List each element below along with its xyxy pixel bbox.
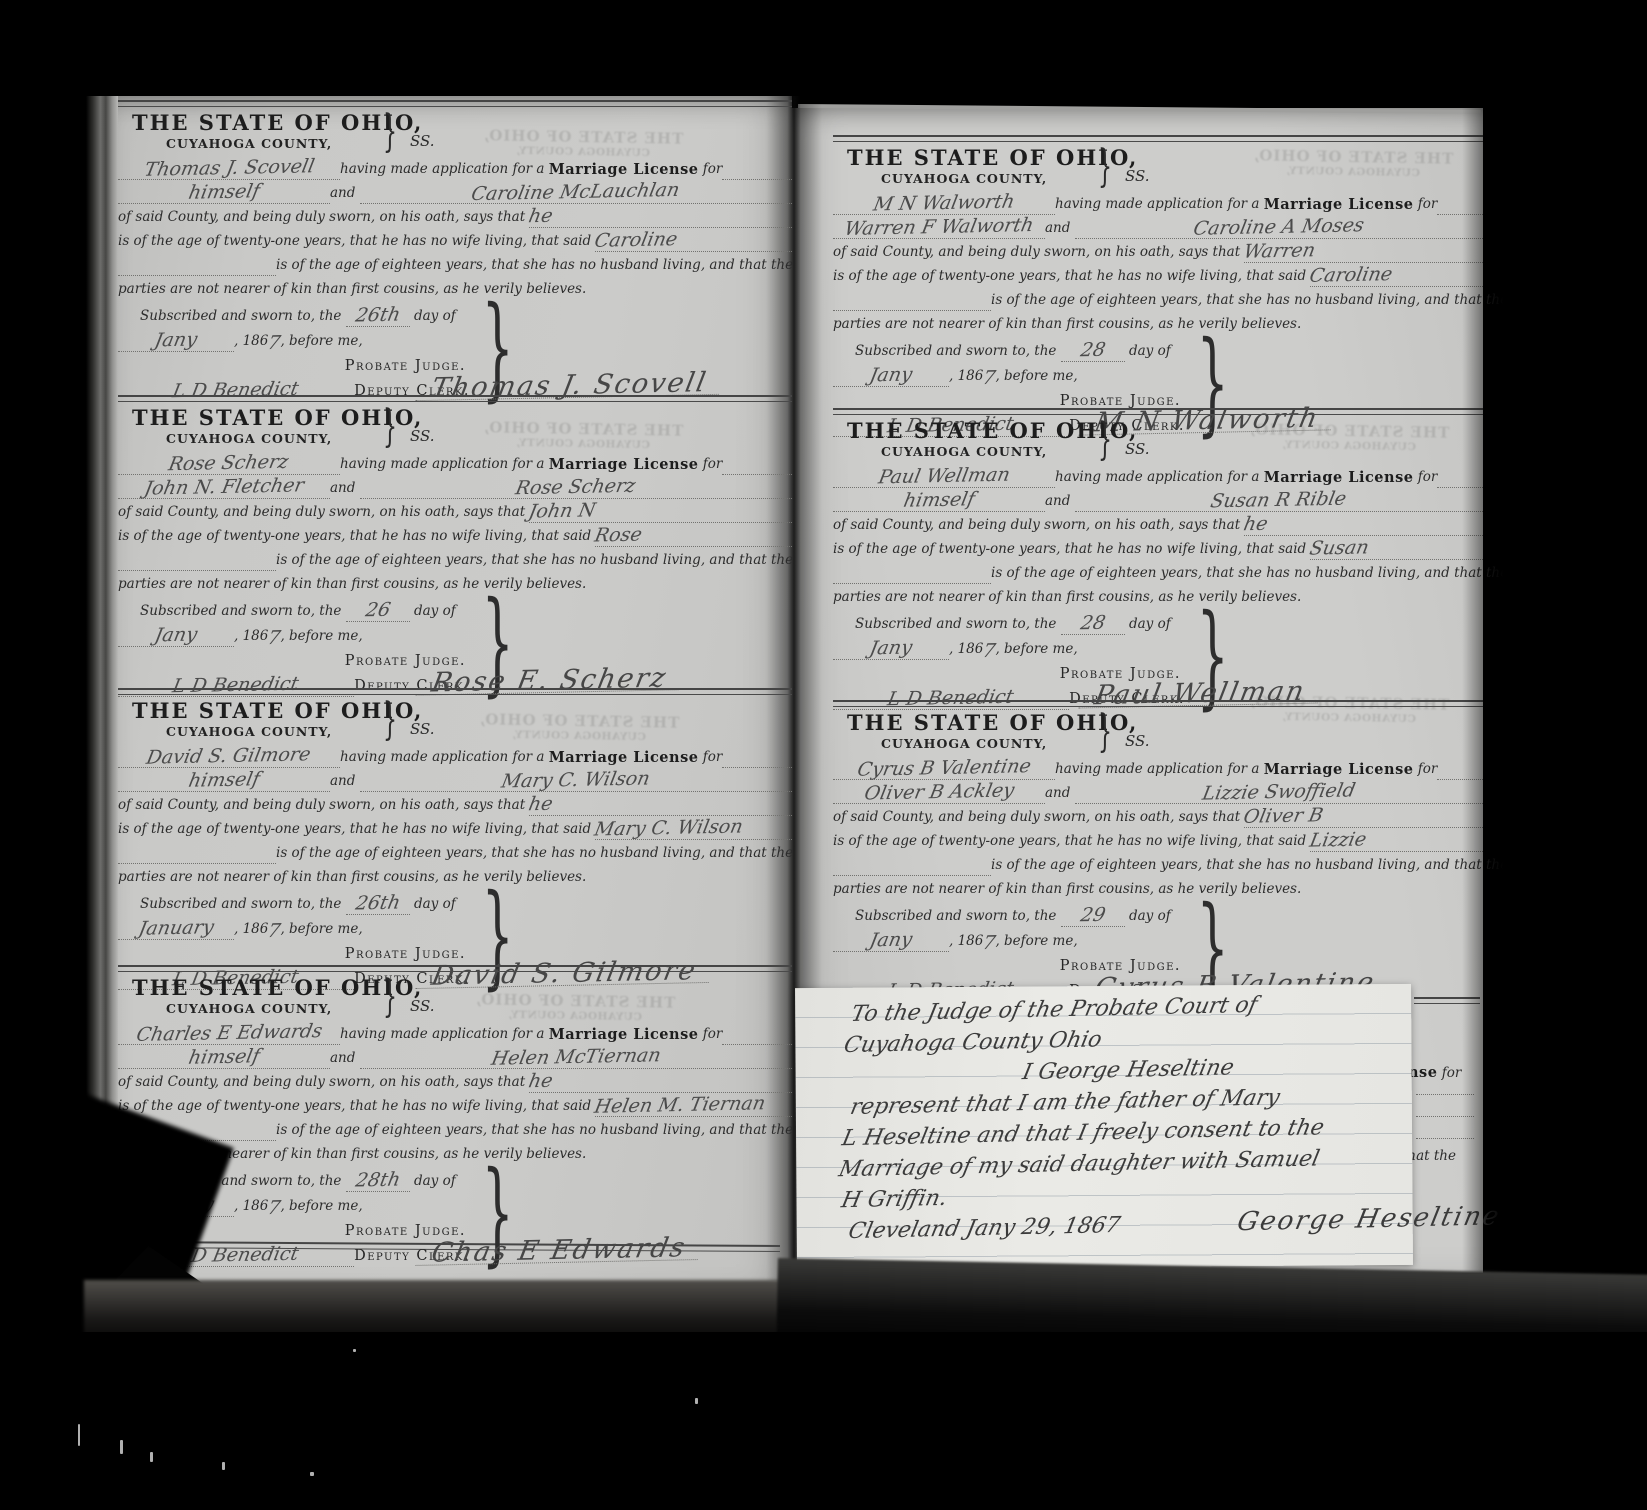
groom-line: himself	[118, 1047, 330, 1069]
applicant-name: Paul Wellman	[877, 466, 1012, 487]
day-line: 26th	[346, 893, 410, 915]
applicant-line: Rose Scherz	[118, 453, 340, 475]
form-text: day of	[1125, 341, 1171, 362]
bride-line: Helen McTiernan	[360, 1047, 792, 1069]
month-line: Jany	[833, 365, 949, 387]
form-text: having made application for a	[340, 747, 549, 768]
oath-row: of said County, and being duly sworn, on…	[118, 1069, 792, 1093]
month-value: Jany	[153, 626, 199, 645]
day-line: 28	[1061, 613, 1125, 635]
day-line: 29	[1061, 905, 1125, 927]
that-said-line: Mary C. Wilson	[595, 818, 792, 840]
oath-row: of said County, and being duly sworn, on…	[118, 792, 792, 816]
form-text: is of the age of eighteen years, that sh…	[276, 843, 793, 864]
form-text: is of the age of twenty-one years, that …	[118, 819, 595, 840]
that-said-line: Rose	[595, 525, 792, 547]
kin-row: parties are not nearer of kin than first…	[833, 876, 1483, 900]
letter-line-text: I George Heseltine	[1020, 1053, 1237, 1087]
that-said-name: Lizzie	[1309, 830, 1369, 849]
oath-row: of said County, and being duly sworn, on…	[118, 204, 792, 228]
that-said-line: Susan	[1310, 538, 1483, 560]
that-said-name: Rose	[594, 526, 644, 545]
affidavit-block: THE STATE OF OHIO, CUYAHOGA COUNTY, } SS…	[118, 688, 792, 990]
applicant-name: Charles E Edwards	[134, 1022, 323, 1044]
blank-line	[118, 863, 276, 864]
month-value: Jany	[868, 931, 914, 950]
form-text: , 186	[234, 626, 268, 647]
bride-line: Lizzie Swoffield	[1075, 782, 1483, 804]
form-text: day of	[1125, 614, 1171, 635]
county-heading: CUYAHOGA COUNTY,	[166, 431, 332, 446]
form-text: , before me,	[280, 331, 362, 352]
form-text: parties are not nearer of kin than first…	[833, 314, 1301, 335]
form-text: , 186	[949, 931, 983, 952]
form-text: parties are not nearer of kin than first…	[118, 279, 586, 300]
header-brace: }	[1098, 706, 1112, 757]
month-line: January	[118, 918, 234, 940]
state-heading: THE STATE OF OHIO,	[132, 405, 423, 430]
that-said-line: Caroline	[1310, 265, 1483, 287]
affidavit-block: THE STATE OF OHIO, CUYAHOGA COUNTY, } SS…	[833, 700, 1483, 1002]
bride-line: Caroline McLauchlan	[360, 182, 792, 204]
groom-line: John N. Fletcher	[118, 477, 330, 499]
ss-label: SS.	[1125, 440, 1150, 458]
says-that-line: Warren	[1244, 241, 1483, 263]
form-text: having made application for a	[340, 159, 549, 180]
ss-label: SS.	[410, 132, 435, 150]
blank-line	[833, 875, 991, 876]
form-text: of said County, and being duly sworn, on…	[833, 515, 1244, 536]
form-text: for	[1413, 759, 1437, 780]
applicant-line: Charles E Edwards	[118, 1023, 340, 1045]
form-text: and	[330, 478, 360, 499]
county-heading: CUYAHOGA COUNTY,	[881, 736, 1047, 751]
form-text: is of the age of eighteen years, that sh…	[991, 563, 1508, 584]
date-row: Jany , 186 7 , before me,	[833, 927, 1185, 952]
subscribed-row: Subscribed and sworn to, the 28 day of	[833, 610, 1185, 635]
county-heading: CUYAHOGA COUNTY,	[166, 136, 332, 151]
bride-name: Rose Scherz	[514, 477, 637, 497]
consent-letter-paper: To the Judge of the Probate Court of Cuy…	[795, 984, 1413, 1269]
applicant-signature: Chas E Edwards	[415, 1239, 701, 1266]
subscribed-row: Subscribed and sworn to, the 28 day of	[833, 337, 1185, 362]
says-that-name: Warren	[1243, 241, 1318, 260]
hidden-block-license-fragment: nse for	[1408, 1062, 1461, 1081]
state-heading: THE STATE OF OHIO,	[847, 418, 1138, 443]
bride-line: Susan R Rible	[1075, 490, 1483, 512]
form-text: for	[698, 1024, 722, 1045]
age18-row: is of the age of eighteen years, that sh…	[833, 560, 1483, 584]
blank-line	[722, 474, 792, 475]
form-text: Subscribed and sworn to, the	[855, 341, 1061, 362]
ss-label: SS.	[410, 427, 435, 445]
top-shadow	[0, 0, 1647, 96]
form-text: , 186	[949, 639, 983, 660]
probate-judge-row: Probate Judge.	[118, 352, 470, 377]
subscribed-row: Subscribed and sworn to, the 29 day of	[833, 902, 1185, 927]
that-said-line: Lizzie	[1310, 830, 1483, 852]
ss-label: SS.	[1125, 732, 1150, 750]
month-line: Jany	[118, 330, 234, 352]
dust-speck	[695, 1398, 698, 1404]
groom-line: Oliver B Ackley	[833, 782, 1045, 804]
bride-name: Mary C. Wilson	[500, 769, 651, 790]
date-row: Jany , 186 7 , before me,	[118, 622, 470, 647]
day-line: 28th	[346, 1170, 410, 1192]
applicant-row: Cyrus B Valentine having made applicatio…	[833, 756, 1483, 780]
form-text: is of the age of twenty-one years, that …	[118, 231, 595, 252]
probate-judge-row: Probate Judge.	[118, 647, 470, 672]
form-text: is of the age of twenty-one years, that …	[833, 266, 1310, 287]
bride-line: Rose Scherz	[360, 477, 792, 499]
applicant-row: M N Walworth having made application for…	[833, 191, 1483, 215]
month-line: Jany	[833, 930, 949, 952]
bride-name: Caroline A Moses	[1192, 216, 1366, 238]
form-text: for	[698, 747, 722, 768]
parties-row: himself and Susan R Rible	[833, 488, 1483, 512]
applicant-row: Rose Scherz having made application for …	[118, 451, 792, 475]
form-text: parties are not nearer of kin than first…	[833, 587, 1301, 608]
groom-name: himself	[187, 770, 261, 789]
groom-line: himself	[118, 770, 330, 792]
ss-label: SS.	[410, 720, 435, 738]
form-text: , 186	[234, 1196, 268, 1217]
form-text: for	[698, 454, 722, 475]
groom-name: himself	[902, 490, 976, 509]
applicant-line: David S. Gilmore	[118, 746, 340, 768]
form-text: is of the age of twenty-one years, that …	[118, 526, 595, 547]
month-line: Jany	[118, 625, 234, 647]
groom-name: himself	[187, 1047, 261, 1066]
consent-letter: To the Judge of the Probate Court of Cuy…	[835, 988, 1404, 1249]
kin-row: parties are not nearer of kin than first…	[118, 571, 792, 595]
divider-rule	[833, 135, 1483, 142]
age18-row: is of the age of eighteen years, that sh…	[833, 852, 1483, 876]
page-edge-stack	[86, 96, 118, 1151]
state-heading: THE STATE OF OHIO,	[847, 710, 1138, 735]
page-edge-shadow	[1462, 108, 1514, 1273]
form-text: and	[1045, 783, 1075, 804]
dust-speck	[78, 1424, 80, 1446]
attestation-area: Subscribed and sworn to, the 26th day of…	[118, 302, 792, 402]
form-text-license: Marriage License	[549, 159, 699, 180]
form-text: of said County, and being duly sworn, on…	[118, 1072, 529, 1093]
header-brace: }	[383, 694, 397, 745]
month-value: Jany	[153, 331, 199, 350]
day-value: 26	[364, 601, 392, 620]
form-text: is of the age of twenty-one years, that …	[833, 831, 1310, 852]
says-that-name: Oliver B	[1243, 806, 1326, 826]
form-text: , before me,	[995, 639, 1077, 660]
form-text: Subscribed and sworn to, the	[140, 306, 346, 327]
probate-judge-row: Probate Judge.	[118, 940, 470, 965]
applicant-name: Rose Scherz	[168, 453, 291, 473]
form-text: day of	[410, 601, 456, 622]
kin-row: parties are not nearer of kin than first…	[118, 864, 792, 888]
block-header: THE STATE OF OHIO, CUYAHOGA COUNTY, } SS…	[118, 975, 792, 1021]
affidavit-block: THE STATE OF OHIO, CUYAHOGA COUNTY, } SS…	[118, 965, 792, 1267]
state-heading: THE STATE OF OHIO,	[132, 698, 423, 723]
parties-row: John N. Fletcher and Rose Scherz	[118, 475, 792, 499]
applicant-line: Paul Wellman	[833, 466, 1055, 488]
header-brace: }	[1098, 141, 1112, 192]
dust-speck	[353, 1349, 356, 1352]
attestation-area: Subscribed and sworn to, the 28 day of J…	[833, 610, 1483, 710]
state-heading: THE STATE OF OHIO,	[132, 110, 423, 135]
that-said-name: Caroline	[1309, 265, 1395, 285]
form-text: of said County, and being duly sworn, on…	[118, 795, 529, 816]
affidavit-block: THE STATE OF OHIO, CUYAHOGA COUNTY, } SS…	[118, 100, 792, 402]
blank-line	[722, 767, 792, 768]
dust-speck	[310, 1472, 314, 1476]
form-text: having made application for a	[1055, 467, 1264, 488]
block-header: THE STATE OF OHIO, CUYAHOGA COUNTY, } SS…	[118, 110, 792, 156]
form-text: for	[1413, 194, 1437, 215]
blank-line	[118, 275, 276, 276]
says-that-line: he	[529, 794, 792, 816]
that-said-name: Mary C. Wilson	[593, 817, 744, 838]
groom-name: himself	[187, 182, 261, 201]
oath-row: of said County, and being duly sworn, on…	[833, 239, 1483, 263]
that-said-line: Helen M. Tiernan	[595, 1095, 792, 1117]
applicant-name: Thomas J. Scovell	[142, 157, 315, 179]
date-row: Jany , 186 7 , before me,	[118, 327, 470, 352]
header-brace: }	[1098, 414, 1112, 465]
ss-label: SS.	[410, 997, 435, 1015]
form-text: , before me,	[280, 626, 362, 647]
oath-row: of said County, and being duly sworn, on…	[833, 804, 1483, 828]
blank-line	[722, 1044, 792, 1045]
fragment-text: nse	[1408, 1064, 1437, 1081]
day-value: 28th	[354, 1171, 402, 1190]
form-text-license: Marriage License	[549, 1024, 699, 1045]
form-text: day of	[410, 894, 456, 915]
form-text: Subscribed and sworn to, the	[140, 601, 346, 622]
form-text: for	[698, 159, 722, 180]
groom-name: John N. Fletcher	[143, 476, 306, 497]
form-text: of said County, and being duly sworn, on…	[118, 502, 529, 523]
subscribed-row: Subscribed and sworn to, the 26 day of	[118, 597, 470, 622]
block-header: THE STATE OF OHIO, CUYAHOGA COUNTY, } SS…	[118, 405, 792, 451]
form-text: parties are not nearer of kin than first…	[833, 879, 1301, 900]
form-text-license: Marriage License	[1264, 194, 1414, 215]
says-that-name: he	[1243, 515, 1270, 533]
applicant-row: Paul Wellman having made application for…	[833, 464, 1483, 488]
age21-row: is of the age of twenty-one years, that …	[833, 263, 1483, 287]
divider-rule	[118, 688, 792, 695]
applicant-line: Cyrus B Valentine	[833, 758, 1055, 780]
letter-dateline: Cleveland Jany 29, 1867	[845, 1211, 1123, 1248]
form-text: of said County, and being duly sworn, on…	[118, 207, 529, 228]
age21-row: is of the age of twenty-one years, that …	[118, 523, 792, 547]
affidavit-block: THE STATE OF OHIO, CUYAHOGA COUNTY, } SS…	[833, 135, 1483, 437]
that-said-name: Susan	[1309, 538, 1371, 557]
affidavit-block: THE STATE OF OHIO, CUYAHOGA COUNTY, } SS…	[833, 408, 1483, 710]
blank-line	[833, 583, 991, 584]
blank-line	[833, 310, 991, 311]
fragment-text: for	[1437, 1065, 1461, 1081]
form-text: , 186	[234, 919, 268, 940]
groom-line: Warren F Walworth	[833, 217, 1045, 239]
form-text: Subscribed and sworn to, the	[855, 906, 1061, 927]
county-heading: CUYAHOGA COUNTY,	[881, 444, 1047, 459]
county-heading: CUYAHOGA COUNTY,	[881, 171, 1047, 186]
header-brace: }	[383, 401, 397, 452]
day-line: 28	[1061, 340, 1125, 362]
form-text: day of	[1125, 906, 1171, 927]
form-text: having made application for a	[340, 454, 549, 475]
form-text: , 186	[234, 331, 268, 352]
day-value: 26th	[354, 306, 402, 325]
groom-name: Oliver B Ackley	[863, 781, 1016, 802]
says-that-line: he	[529, 1071, 792, 1093]
parties-row: himself and Caroline McLauchlan	[118, 180, 792, 204]
kin-row: parties are not nearer of kin than first…	[833, 311, 1483, 335]
applicant-name: M N Walworth	[872, 193, 1016, 214]
form-text: for	[1413, 467, 1437, 488]
dust-speck	[150, 1452, 153, 1462]
form-text: , before me,	[280, 919, 362, 940]
applicant-row: Thomas J. Scovell having made applicatio…	[118, 156, 792, 180]
age21-row: is of the age of twenty-one years, that …	[118, 228, 792, 252]
oath-row: of said County, and being duly sworn, on…	[833, 512, 1483, 536]
header-brace: }	[383, 106, 397, 157]
form-text: day of	[410, 1171, 456, 1192]
divider-rule	[118, 100, 792, 107]
says-that-line: he	[1244, 514, 1483, 536]
age21-row: is of the age of twenty-one years, that …	[118, 816, 792, 840]
block-header: THE STATE OF OHIO, CUYAHOGA COUNTY, } SS…	[833, 710, 1483, 756]
day-value: 29	[1079, 906, 1107, 925]
form-text: having made application for a	[1055, 194, 1264, 215]
form-text: and	[1045, 218, 1075, 239]
letter-line-text: H Griffin.	[839, 1184, 950, 1216]
groom-line: himself	[833, 490, 1045, 512]
affidavit-block: THE STATE OF OHIO, CUYAHOGA COUNTY, } SS…	[118, 395, 792, 697]
month-value: Jany	[868, 639, 914, 658]
age18-row: is of the age of eighteen years, that sh…	[118, 1117, 792, 1141]
applicant-row: David S. Gilmore having made application…	[118, 744, 792, 768]
form-text: is of the age of twenty-one years, that …	[833, 539, 1310, 560]
form-text: is of the age of eighteen years, that sh…	[991, 290, 1508, 311]
form-text: is of the age of eighteen years, that sh…	[991, 855, 1508, 876]
month-value: January	[137, 918, 215, 938]
age18-row: is of the age of eighteen years, that sh…	[833, 287, 1483, 311]
county-heading: CUYAHOGA COUNTY,	[166, 724, 332, 739]
divider-rule	[833, 408, 1483, 415]
date-row: Jany , 186 7 , before me,	[833, 362, 1185, 387]
blank-line	[722, 179, 792, 180]
divider-rule	[833, 700, 1483, 707]
bottom-shadow	[0, 1332, 1647, 1510]
state-heading: THE STATE OF OHIO,	[847, 145, 1138, 170]
header-brace: }	[383, 971, 397, 1022]
age18-row: is of the age of eighteen years, that sh…	[118, 840, 792, 864]
day-value: 26th	[354, 894, 402, 913]
bride-name: Lizzie Swoffield	[1201, 781, 1357, 802]
parties-row: Warren F Walworth and Caroline A Moses	[833, 215, 1483, 239]
day-line: 26th	[346, 305, 410, 327]
bride-line: Caroline A Moses	[1075, 217, 1483, 239]
that-said-name: Caroline	[594, 230, 680, 250]
form-text: , before me,	[995, 366, 1077, 387]
says-that-name: John N	[528, 501, 598, 520]
letter-line-text: Cuyahoga County Ohio	[841, 1025, 1104, 1060]
kin-row: parties are not nearer of kin than first…	[118, 276, 792, 300]
subscribed-row: Subscribed and sworn to, the 26th day of	[118, 302, 470, 327]
form-text: , 186	[949, 366, 983, 387]
month-line: Jany	[833, 638, 949, 660]
applicant-line: M N Walworth	[833, 193, 1055, 215]
says-that-line: he	[529, 206, 792, 228]
form-text: and	[1045, 491, 1075, 512]
says-that-line: John N	[529, 501, 792, 523]
date-row: January , 186 7 , before me,	[118, 915, 470, 940]
bride-name: Susan R Rible	[1209, 490, 1348, 511]
form-text-license: Marriage License	[1264, 759, 1414, 780]
form-text: and	[330, 1048, 360, 1069]
form-text: parties are not nearer of kin than first…	[118, 867, 586, 888]
ss-label: SS.	[1125, 167, 1150, 185]
age21-row: is of the age of twenty-one years, that …	[118, 1093, 792, 1117]
divider-rule	[118, 965, 792, 972]
applicant-line: Thomas J. Scovell	[118, 158, 340, 180]
form-text: having made application for a	[1055, 759, 1264, 780]
month-value: Jany	[868, 366, 914, 385]
that-said-name: Helen M. Tiernan	[593, 1094, 767, 1116]
groom-name: Warren F Walworth	[843, 216, 1035, 238]
subscribed-row: Subscribed and sworn to, the 26th day of	[118, 890, 470, 915]
form-text: of said County, and being duly sworn, on…	[833, 807, 1244, 828]
dust-speck	[222, 1462, 225, 1470]
form-text-license: Marriage License	[1264, 467, 1414, 488]
day-value: 28	[1079, 341, 1107, 360]
attestation-area: Subscribed and sworn to, the 26 day of J…	[118, 597, 792, 697]
form-text-license: Marriage License	[549, 454, 699, 475]
parties-row: himself and Helen McTiernan	[118, 1045, 792, 1069]
state-heading: THE STATE OF OHIO,	[132, 975, 423, 1000]
bride-name: Helen McTiernan	[490, 1046, 663, 1068]
form-text: and	[330, 183, 360, 204]
says-that-name: he	[528, 1072, 555, 1090]
applicant-row: Charles E Edwards having made applicatio…	[118, 1021, 792, 1045]
form-text: having made application for a	[340, 1024, 549, 1045]
parties-row: Oliver B Ackley and Lizzie Swoffield	[833, 780, 1483, 804]
bride-name: Caroline McLauchlan	[470, 181, 681, 203]
block-header: THE STATE OF OHIO, CUYAHOGA COUNTY, } SS…	[118, 698, 792, 744]
groom-line: himself	[118, 182, 330, 204]
blank-line	[118, 570, 276, 571]
form-text: Subscribed and sworn to, the	[855, 614, 1061, 635]
form-text: and	[330, 771, 360, 792]
block-header: THE STATE OF OHIO, CUYAHOGA COUNTY, } SS…	[833, 418, 1483, 464]
age21-row: is of the age of twenty-one years, that …	[833, 828, 1483, 852]
parties-row: himself and Mary C. Wilson	[118, 768, 792, 792]
says-that-name: he	[528, 207, 555, 225]
form-text: is of the age of eighteen years, that sh…	[276, 1120, 793, 1141]
form-text-license: Marriage License	[549, 747, 699, 768]
says-that-line: Oliver B	[1244, 806, 1483, 828]
form-text: Subscribed and sworn to, the	[140, 894, 346, 915]
form-text: of said County, and being duly sworn, on…	[833, 242, 1244, 263]
oath-row: of said County, and being duly sworn, on…	[118, 499, 792, 523]
form-text: , before me,	[280, 1196, 362, 1217]
that-said-line: Caroline	[595, 230, 792, 252]
form-text: day of	[410, 306, 456, 327]
day-line: 26	[346, 600, 410, 622]
county-heading: CUYAHOGA COUNTY,	[166, 1001, 332, 1016]
form-text: , before me,	[995, 931, 1077, 952]
